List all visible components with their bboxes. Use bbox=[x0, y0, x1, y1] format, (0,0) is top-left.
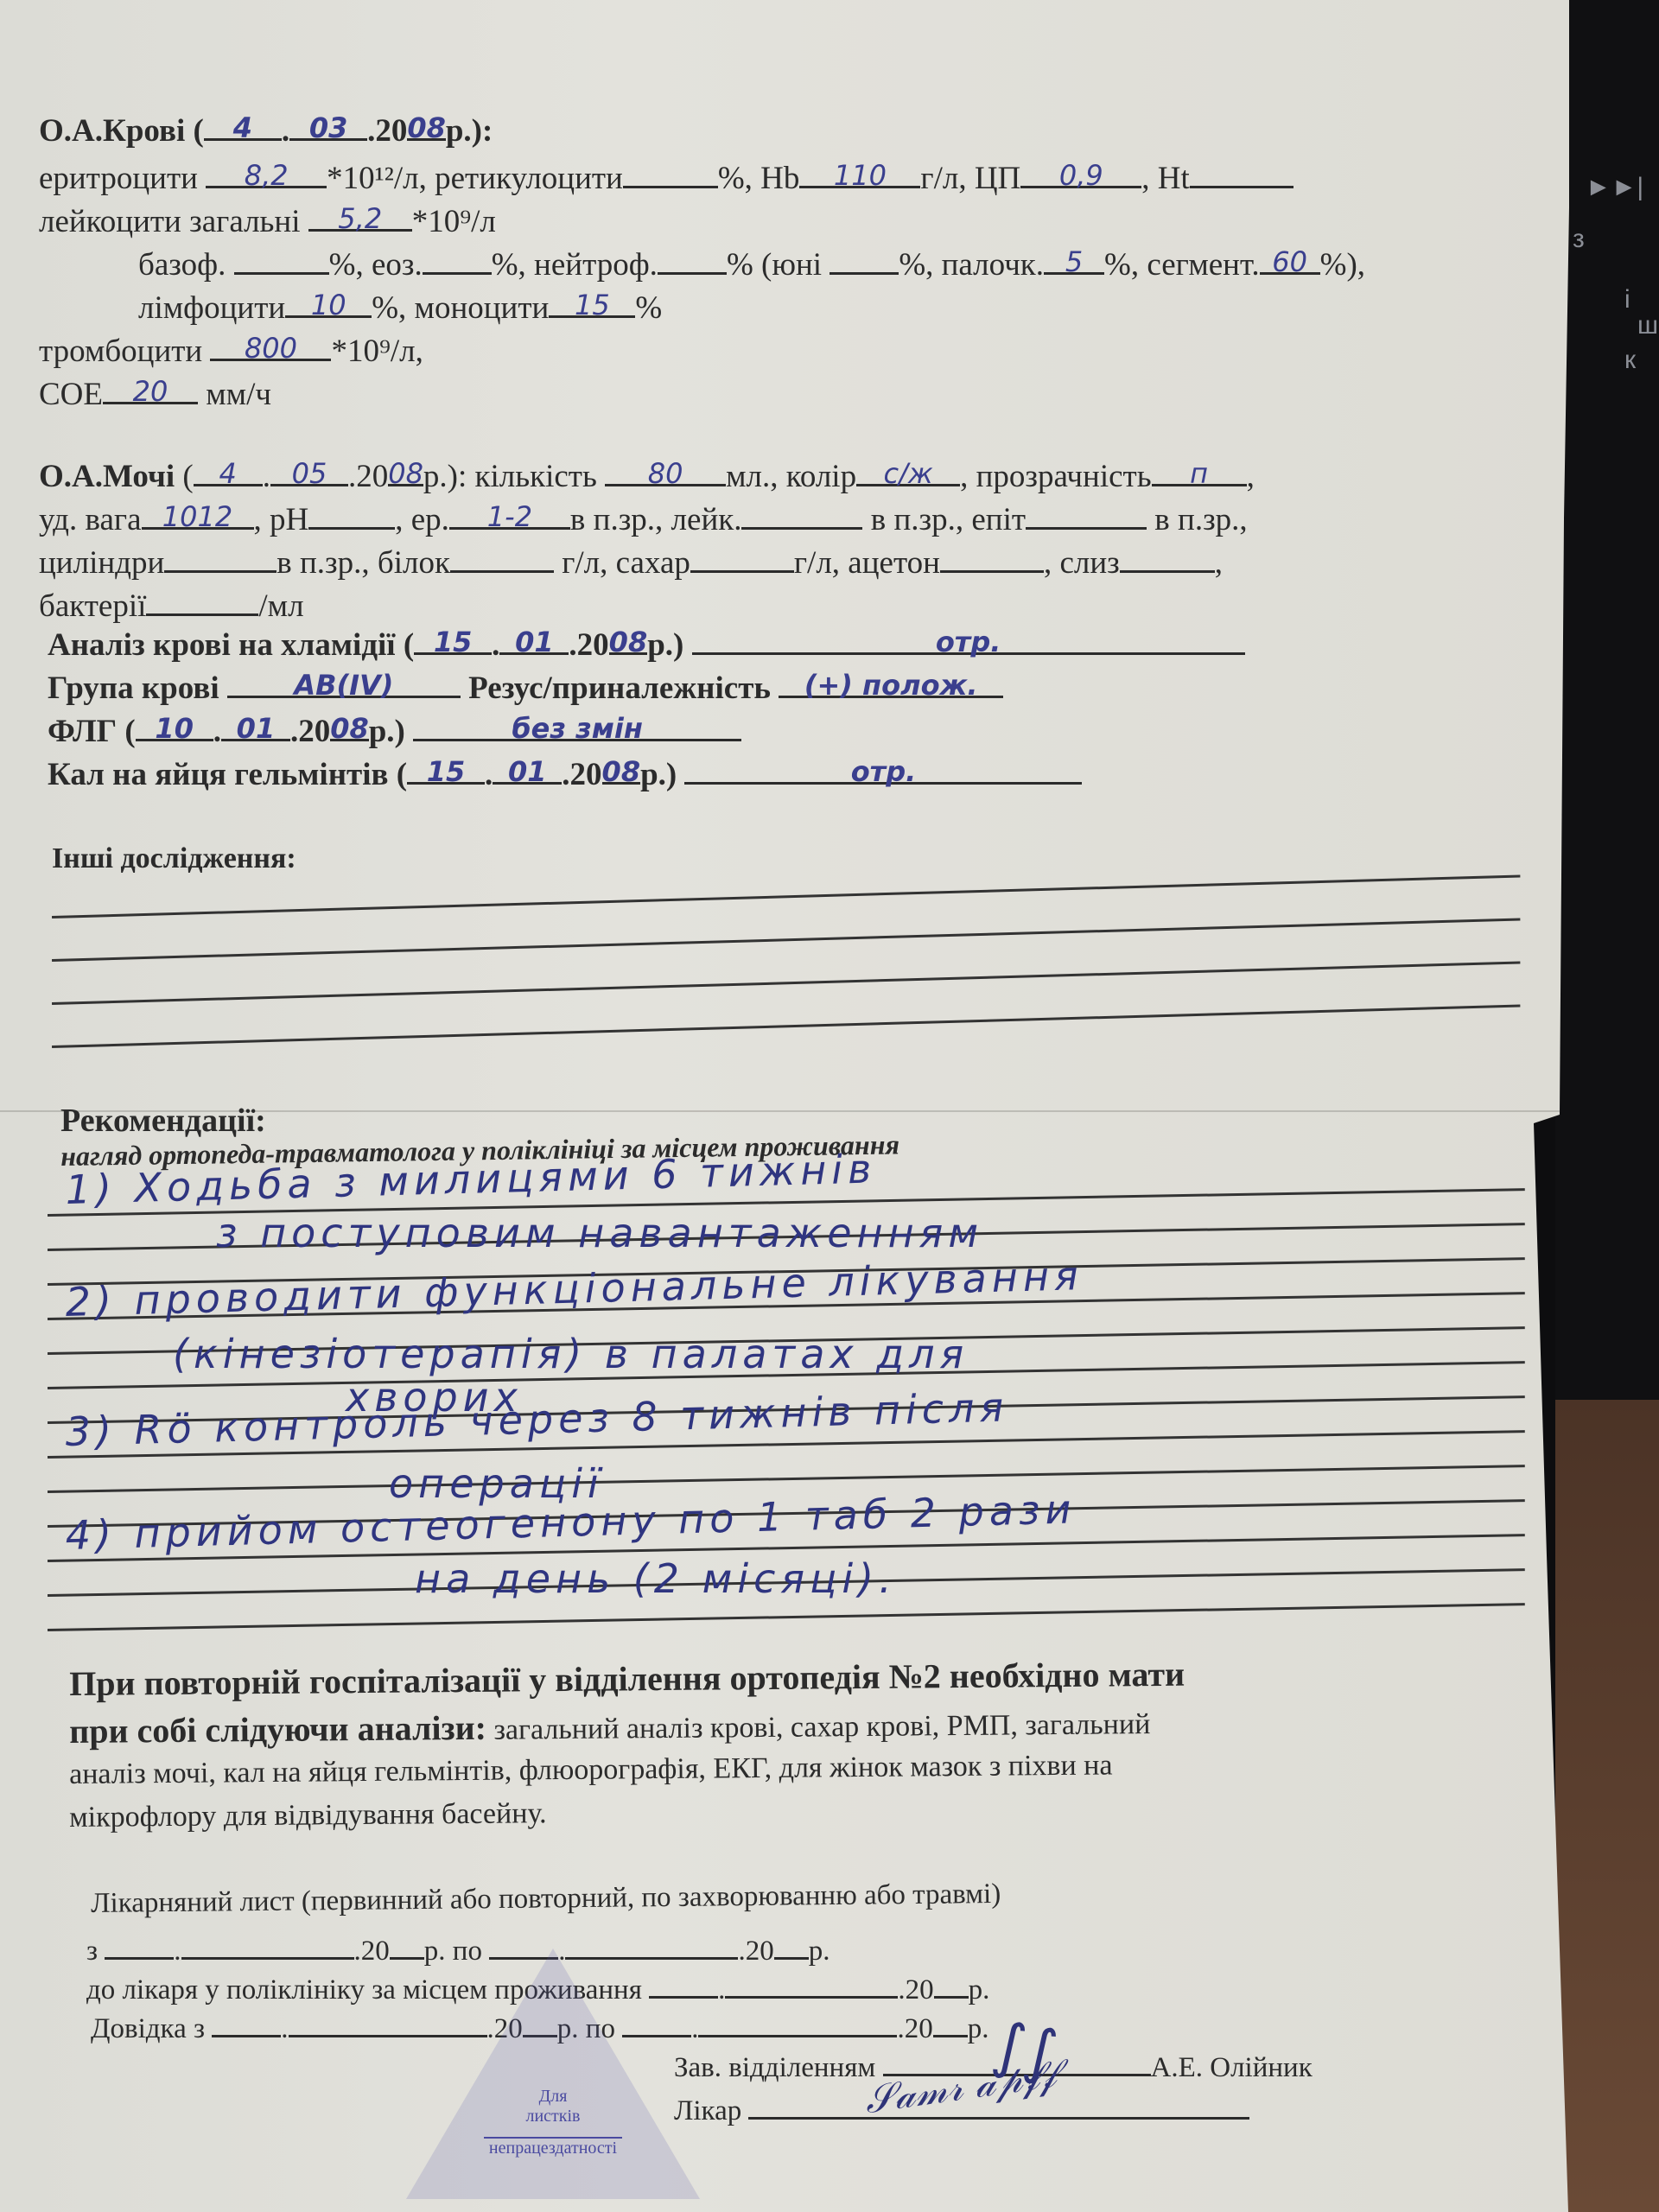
platelets-row: тромбоцити 800*10⁹/л, bbox=[39, 333, 423, 370]
recommendations-title: Рекомендації: bbox=[60, 1102, 266, 1140]
rehospitalization-title: При повторній госпіталізації у відділенн… bbox=[69, 1654, 1185, 1704]
esr-value: 20 bbox=[133, 375, 168, 408]
head-of-department-name: А.Е. Олійник bbox=[1151, 2052, 1313, 2083]
recommendation-2-cont: (кінезіотерапія) в палатах для bbox=[173, 1331, 969, 1377]
rehospitalization-line-4: мікрофлору для відвідування басейну. bbox=[69, 1797, 547, 1834]
leukocytes-value: 5,2 bbox=[338, 202, 382, 235]
mono-value: 15 bbox=[575, 289, 610, 321]
helminth-row: Кал на яйця гельмінтів (15.01.2008р.) от… bbox=[48, 756, 1082, 793]
erythrocytes-value: 8,2 bbox=[245, 159, 289, 192]
lymph-mono-row: лімфоцити10%, моноцити15% bbox=[138, 289, 662, 327]
urine-color-value: с/ж bbox=[883, 457, 932, 490]
blood-group-value: AB(IV) bbox=[294, 669, 393, 702]
key-label: ш bbox=[1637, 311, 1658, 340]
urine-row-3: циліндрив п.зр., білок г/л, сахарг/л, ац… bbox=[39, 544, 1223, 582]
sick-leave-title: Лікарняний лист (первинний або повторний… bbox=[91, 1878, 1001, 1920]
table-background bbox=[1555, 1400, 1659, 2212]
urine-row-2: уд. вага1012, pH, ер.1-2в п.зр., лейк. в… bbox=[39, 501, 1248, 538]
erythrocytes-row: еритроцити 8,2*10¹²/л, ретикулоцити%, Hb… bbox=[39, 160, 1294, 197]
esr-row: СОЕ20 мм/ч bbox=[39, 376, 271, 413]
cp-value: 0,9 bbox=[1059, 159, 1103, 192]
laptop-background bbox=[1555, 0, 1659, 1400]
recommendation-1-cont: з поступовим навантаженням bbox=[216, 1210, 983, 1256]
media-next-key-icon: ►►| bbox=[1586, 173, 1643, 202]
helminth-result: отр. bbox=[851, 755, 917, 788]
official-stamp bbox=[406, 1948, 700, 2199]
stamp-text: Для листків непрацездатності bbox=[484, 2087, 622, 2158]
blank-line bbox=[52, 918, 1520, 962]
urine-row-4: бактерії/мл bbox=[39, 588, 304, 625]
blank-line bbox=[48, 1465, 1525, 1493]
urine-amount-value: 80 bbox=[648, 457, 683, 490]
rhesus-value: (+) полож. bbox=[804, 669, 978, 702]
flg-row: ФЛГ (10.01.2008р.) без змін bbox=[48, 713, 741, 750]
blood-group-row: Група крові AB(IV) Резус/приналежність (… bbox=[48, 670, 1003, 707]
segment-value: 60 bbox=[1272, 245, 1307, 278]
leukocytes-row: лейкоцити загальні 5,2*10⁹/л bbox=[39, 203, 496, 240]
medical-discharge-form: О.А.Крові (4.03.2008р.): еритроцити 8,2*… bbox=[0, 0, 1569, 2212]
blood-test-header: О.А.Крові (4.03.2008р.): bbox=[39, 112, 493, 149]
specific-gravity-value: 1012 bbox=[162, 500, 232, 533]
urine-erythrocytes-value: 1-2 bbox=[487, 500, 532, 533]
blank-line bbox=[48, 1603, 1525, 1631]
rehospitalization-line-3: аналіз мочі, кал на яйця гельмінтів, флю… bbox=[69, 1749, 1113, 1791]
blank-line bbox=[52, 962, 1520, 1005]
rehospitalization-line-2: при собі слідуючи аналізи: загальний ана… bbox=[69, 1701, 1150, 1751]
urine-clarity-value: п bbox=[1190, 457, 1208, 490]
blank-line bbox=[52, 875, 1520, 918]
urine-test-header: О.А.Мочі (4.05.2008р.): кількість 80мл.,… bbox=[39, 458, 1255, 495]
recommendation-2: 2) проводити функціональне лікування bbox=[65, 1252, 1084, 1325]
lymph-value: 10 bbox=[311, 289, 346, 321]
other-studies-title: Інші дослідження: bbox=[52, 842, 296, 875]
flg-result: без змін bbox=[512, 712, 643, 745]
chlamydia-result: отр. bbox=[936, 626, 1001, 658]
leukocyte-formula-row: базоф. %, еоз.%, нейтроф.% (юні %, палоч… bbox=[138, 246, 1365, 283]
recommendation-3: 3) Rö контроль через 8 тижнів після bbox=[65, 1383, 1009, 1455]
platelets-value: 800 bbox=[245, 332, 297, 365]
head-signature: ∫∫ bbox=[988, 2008, 1062, 2088]
recommendation-4-cont: на день (2 місяці). bbox=[415, 1555, 897, 1602]
chlamydia-row: Аналіз крові на хламідії (15.01.2008р.) … bbox=[48, 626, 1245, 664]
band-value: 5 bbox=[1065, 245, 1083, 278]
blank-line bbox=[52, 1005, 1520, 1048]
key-label: з bbox=[1573, 225, 1585, 254]
key-label: к bbox=[1624, 346, 1636, 375]
hb-value: 110 bbox=[834, 159, 887, 192]
key-label: і bbox=[1624, 285, 1630, 315]
